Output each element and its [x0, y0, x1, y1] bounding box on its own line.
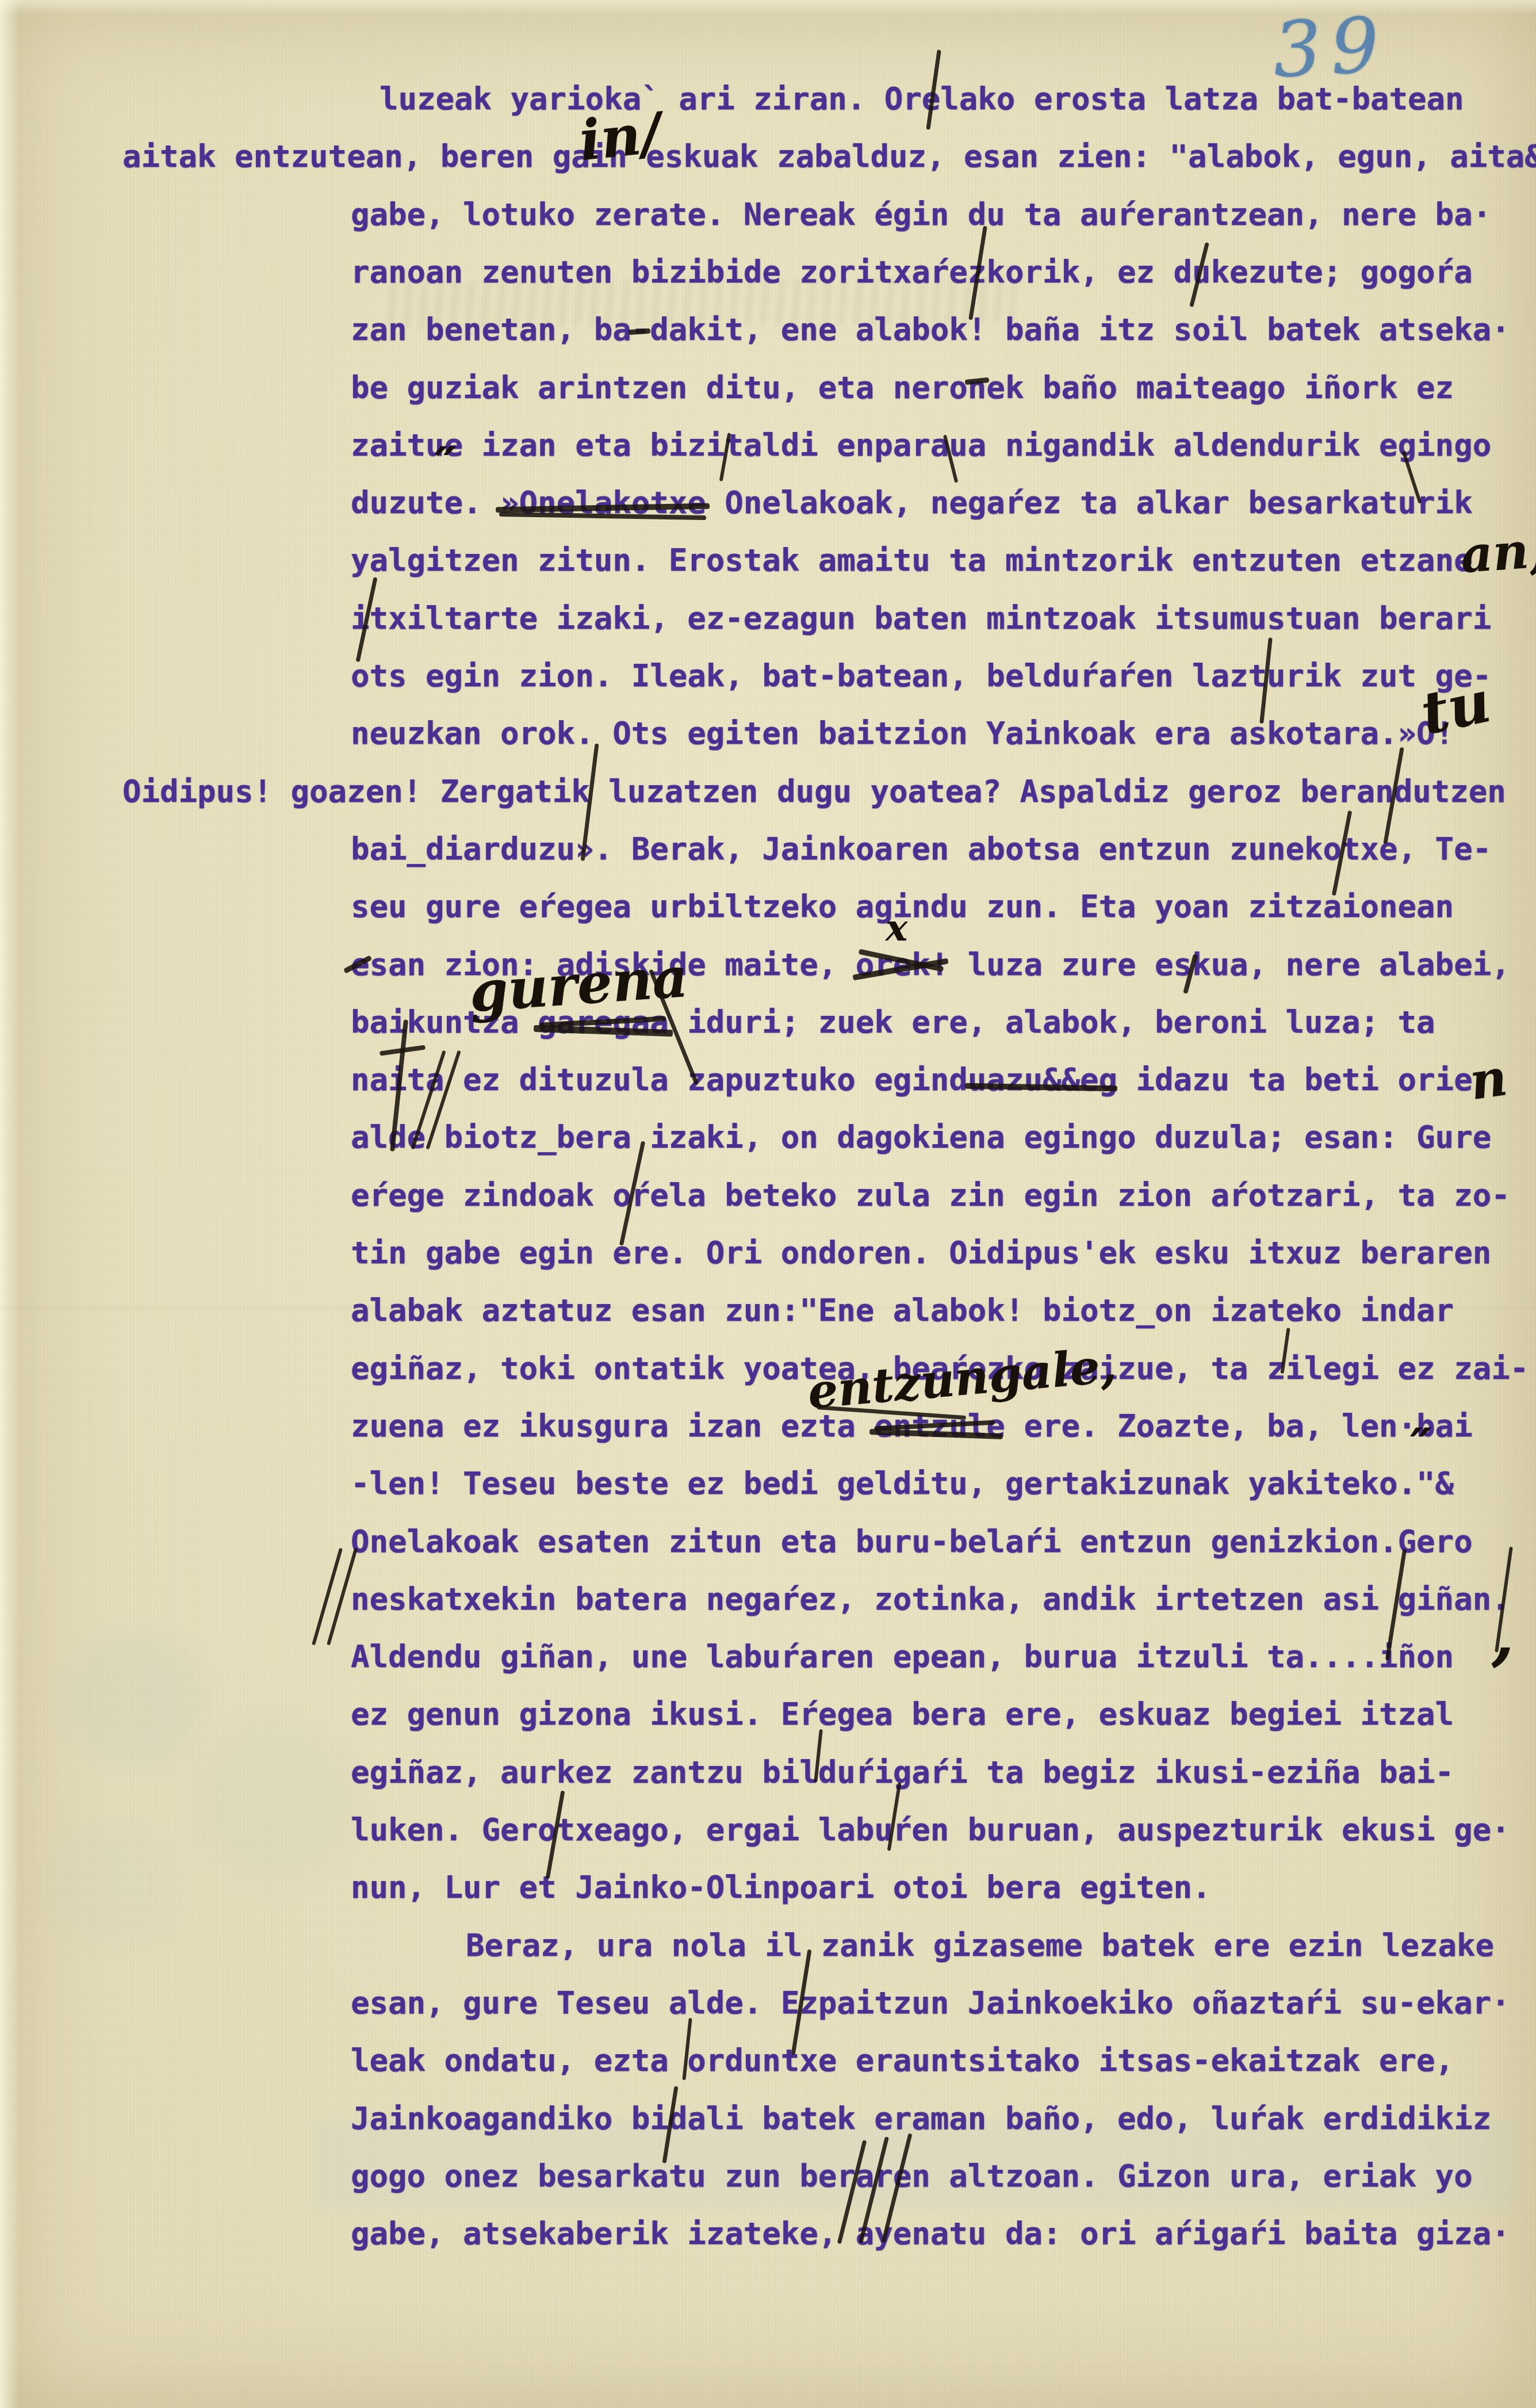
typescript-line: esan, gure Teseu alde. Ezpaitzun Jainkoe… — [351, 1985, 1510, 2021]
typescript-line: luken. Gerotxeago, ergai labuŕen buruan,… — [351, 1811, 1510, 1848]
handwritten-annotation: in/ — [577, 105, 664, 169]
typescript-line: Jainkoagandiko bidali batek eraman baño,… — [351, 2100, 1491, 2137]
typescript-line: alabak aztatuz esan zun:"Ene alabok! bio… — [351, 1292, 1454, 1329]
handwritten-annotation: an, — [1459, 525, 1536, 580]
typescript-line: leak ondatu, ezta orduntxe erauntsitako … — [351, 2042, 1454, 2079]
typescript-line: zaitue izan eta bizitaldi enparaua nigan… — [351, 427, 1491, 464]
typescript-line: ranoan zenuten bizibide zoritxaŕezkorik,… — [351, 254, 1473, 291]
typescript-line: luzeak yarioka` ari ziran. Orelako erost… — [380, 81, 1464, 117]
typescript-line: nun, Lur et Jainko-Olinpoari otoi bera e… — [351, 1869, 1211, 1906]
typescript-line: gogo onez besarkatu zun beraren altzoan.… — [351, 2158, 1473, 2195]
typescript-line: naita ez dituzula zapuztuko eginduazu&&e… — [351, 1061, 1473, 1098]
typescript-line: be guziak arintzen ditu, eta neronek bañ… — [351, 369, 1454, 406]
scan-edge-highlight — [0, 0, 20, 2408]
handwritten-annotation: tu — [1416, 672, 1495, 743]
typescript-line: ez genun gizona ikusi. Eŕegea bera ere, … — [351, 1696, 1454, 1733]
handwritten-annotation: ″ — [435, 441, 457, 489]
typescript-line: alde biotz_bera izaki, on dagokiena egin… — [351, 1119, 1491, 1156]
typescript-line: Beraz, ura nola il zanik gizaseme batek … — [466, 1927, 1494, 1964]
document-page: 39 luzeak yarioka` ari ziran. Orelako er… — [0, 0, 1536, 2408]
typescript-line: Oidipus! goazen! Zergatik luzatzen dugu … — [122, 773, 1506, 810]
typescript-line: ots egin zion. Ileak, bat-batean, belduŕ… — [351, 658, 1491, 694]
typescript-line: yalgitzen zitun. Erostak amaitu ta mintz… — [351, 542, 1473, 579]
typescript-line: -len! Teseu beste ez bedi gelditu, gerta… — [351, 1465, 1454, 1502]
typescript-line: eŕege zindoak oŕela beteko zula zin egin… — [351, 1177, 1510, 1214]
handwritten-annotation: n — [1466, 1052, 1510, 1107]
typescript-line: aitak entzutean, beren gain eskuak zabal… — [122, 138, 1536, 175]
typescript-line: bai_diarduzu». Berak, Jainkoaren abotsa … — [351, 831, 1491, 867]
typescript-line: egiñaz, aurkez zantzu bilduŕigaŕi ta beg… — [351, 1754, 1454, 1791]
typescript-line: tin gabe egin ere. Ori ondoren. Oidipus'… — [351, 1234, 1491, 1271]
typescript-line: itxiltarte izaki, ez-ezagun baten mintzo… — [351, 600, 1491, 637]
handwritten-annotation: x — [886, 910, 907, 947]
typescript-line: gabe, atsekaberik izateke, ayenatu da: o… — [351, 2215, 1510, 2252]
typescript-line: Onelakoak esaten zitun eta buru-belaŕi e… — [351, 1523, 1473, 1560]
handwritten-annotation: ″ — [1410, 1422, 1432, 1470]
typescript-line: zan benetan, ba-dakit, ene alabok! baña … — [351, 311, 1510, 348]
typescript-line: neskatxekin batera negaŕez, zotinka, and… — [351, 1581, 1510, 1618]
typescript-line: gabe, lotuko zerate. Nereak égin du ta a… — [351, 196, 1491, 233]
typescript-line: neuzkan orok. Ots egiten baitzion Yainko… — [351, 715, 1454, 752]
typescript-line: Aldendu giñan, une labuŕaren epean, buru… — [351, 1638, 1454, 1675]
